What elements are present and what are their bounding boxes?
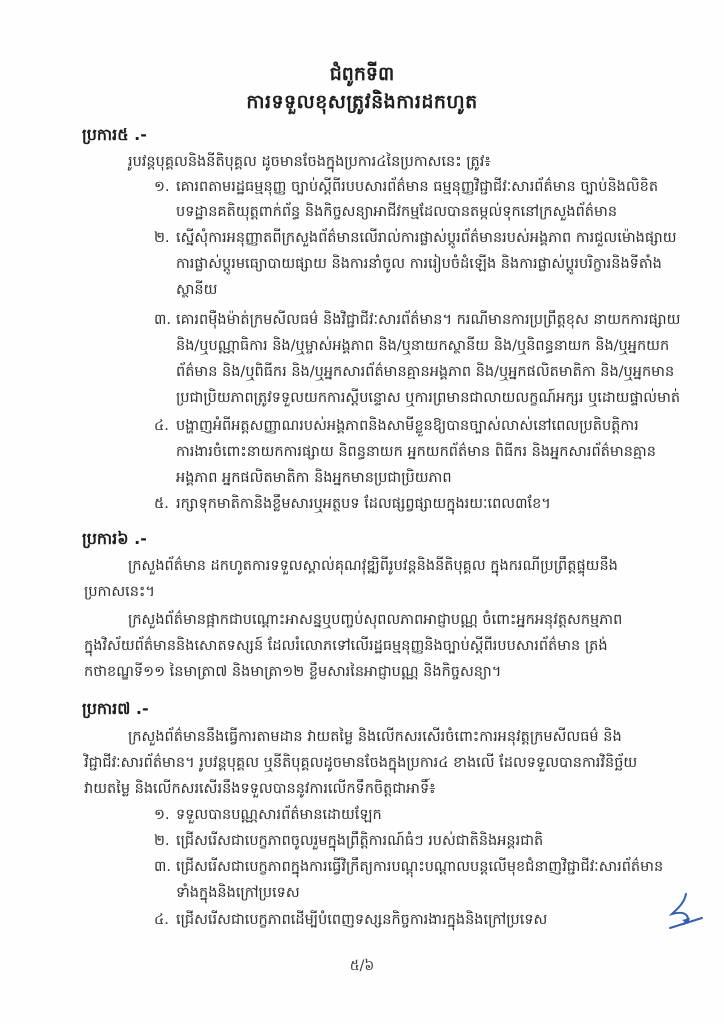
article-5-item-1-line-2: បទដ្ឋានគតិយុត្តពាក់ព័ន្ធ និងកិច្ចសន្យាអា… xyxy=(176,202,617,222)
article-5-item-1-number: ១. xyxy=(154,177,170,197)
article-7-item-2-line-1: ជ្រើសរើសជាបេក្ខភាពចូលរួមក្នុងព្រឹត្តិការ… xyxy=(176,831,543,851)
article-6-para-1-line-1: ក្រសួងព័ត៌មាន ដកហូតការទទួលស្គាល់គុណវុឌ្ឍ… xyxy=(128,556,618,576)
article-5-item-5-number: ៥. xyxy=(154,494,169,514)
article-7-item-4-number: ៤. xyxy=(154,910,169,930)
chapter-number: ជំពូកទី៣ xyxy=(0,62,724,90)
article-7-item-2-number: ២. xyxy=(154,831,170,851)
signature-mark-icon xyxy=(662,890,706,934)
article-5-item-5-line-1: រក្សាទុកមាតិកានិងខ្លឹមសារឬអត្ថបទ ដែលផ្សព… xyxy=(176,494,551,514)
article-5-item-3-line-4: ប្រជាប្រិយភាពត្រូវទទួលយកការស្តីបន្ទោស ឬក… xyxy=(176,388,680,408)
article-5-item-3-line-3: ព័ត៌មាន និង/ឬពិធីករ និង/ឬអ្នកសារព័ត៌មានគ… xyxy=(176,362,674,382)
article-5-item-4-number: ៤. xyxy=(154,416,169,436)
article-6-heading: ប្រការ៦ .- xyxy=(82,528,147,552)
article-5-item-2-line-2: ការផ្លាស់ប្តូរមធ្យោបាយផ្សាយ និងការនាំចូល… xyxy=(176,254,662,274)
article-7-item-3-line-1: ជ្រើសរើសជាបេក្ខភាពក្នុងការធ្វើវិក្រឹត្យក… xyxy=(176,857,663,877)
article-5-item-3-number: ៣. xyxy=(154,310,171,330)
article-6-para-2-line-2: ក្នុងវិស័យព័ត៌មាននិងសោតទស្សន៍ ដែលរំលោភទៅ… xyxy=(84,636,608,656)
article-5-item-2-line-1: ស្នើសុំការអនុញ្ញាតពីក្រសួងព័ត៌មានលើរាល់ក… xyxy=(176,228,677,248)
article-5-item-4-line-3: អង្គភាព អ្នកផលិតមាតិកា និងអ្នកមានប្រជាប្… xyxy=(176,468,452,488)
article-7-para-line-2: វិជ្ជាជីវៈសារព័ត៌មាន។ រូបវន្តបុគ្គល ឬនីត… xyxy=(84,753,637,773)
article-5-item-3-line-1: គោរពម៉ឺងម៉ាត់ក្រមសីលធម៌ និងវិជ្ជាជីវៈសារ… xyxy=(176,310,680,330)
article-6-para-2-line-3: កថាខណ្ឌទី១១ នៃមាត្រា៧ និងមាត្រា១២ ខ្លឹមស… xyxy=(84,662,501,682)
article-5-item-4-line-1: បង្ហាញអំពីអត្តសញ្ញាណរបស់អង្គភាពនិងសាមីខ្… xyxy=(176,416,639,436)
article-7-para-line-3: វាយតម្លៃ និងលើកសរសើរនឹងទទួលបាននូវការលើកទ… xyxy=(84,779,436,799)
document-page: ជំពូកទី៣ ការទទួលខុសត្រូវនិងការដកហូត ប្រក… xyxy=(0,0,724,1024)
article-5-item-2-line-3: ស្ថានីយ xyxy=(176,280,217,300)
article-5-heading: ប្រការ៥ .- xyxy=(82,124,147,148)
article-5-intro: រូបវន្តបុគ្គលនិងនីតិបុគ្គល ដូចមានចែងក្នុ… xyxy=(128,152,491,172)
article-6-para-2-line-1: ក្រសួងព័ត៌មានផ្អាកជាបណ្តោះអាសន្នឬបញ្ចប់ស… xyxy=(128,610,622,630)
article-7-item-3-line-2: ទាំងក្នុងនិងក្រៅប្រទេស xyxy=(176,883,300,903)
article-7-heading: ប្រការ៧ .- xyxy=(82,698,149,722)
article-5-item-4-line-2: ការងារចំពោះនាយកការផ្សាយ និពន្ធនាយក អ្នកយ… xyxy=(176,442,656,462)
article-6-para-1-line-2: ប្រកាសនេះ។ xyxy=(84,582,155,602)
article-5-item-1-line-1: គោរពតាមរដ្ឋធម្មនុញ្ញ ច្បាប់ស្តីពីរបបសារព… xyxy=(176,177,658,197)
article-7-item-1-number: ១. xyxy=(154,805,170,825)
article-7-para-line-1: ក្រសួងព័ត៌មាននឹងធ្វើការតាមដាន វាយតម្លៃ ន… xyxy=(128,727,622,747)
article-7-item-1-line-1: ទទួលបានបណ្ណសារព័ត៌មានដោយឡែក xyxy=(176,805,382,825)
article-5-item-2-number: ២. xyxy=(154,228,170,248)
article-7-item-4-line-1: ជ្រើសរើសជាបេក្ខភាពដើម្បីបំពេញទស្សនកិច្ចក… xyxy=(176,910,547,930)
article-5-item-3-line-2: និង/ឬបណ្ណាធិការ និង/ឬម្ចាស់អង្គភាព និង/ឬ… xyxy=(176,336,669,356)
article-7-item-3-number: ៣. xyxy=(154,857,171,877)
chapter-title: ការទទួលខុសត្រូវនិងការដកហូត xyxy=(0,90,724,118)
page-number: ៥/៦ xyxy=(0,956,724,977)
